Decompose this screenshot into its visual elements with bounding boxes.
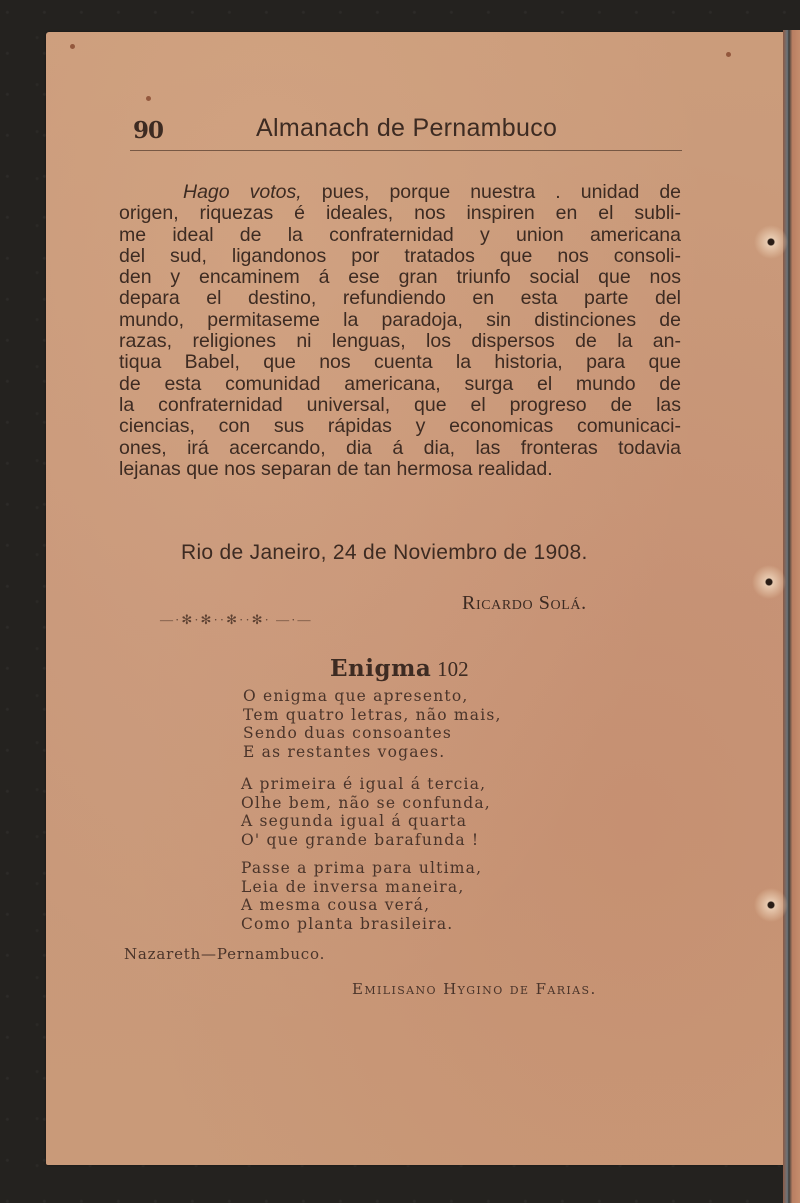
article-line: den y encaminem á ese gran triunfo socia… [119, 267, 681, 288]
author-signature: Ricardo Solá. [462, 592, 587, 615]
binding-hole [752, 565, 786, 599]
enigma-number: 102 [437, 657, 469, 681]
verse-line: O' que grande barafunda ! [241, 831, 491, 850]
article-line: tiqua Babel, que nos cuenta la historia,… [119, 352, 681, 373]
article-line: del sud, ligandonos por tratados que nos… [119, 246, 681, 267]
article-line: Hago votos, pues, porque nuestra . unida… [119, 182, 681, 203]
article-line: ones, irá acercando, dia á dia, las fron… [119, 438, 681, 459]
enigma-title-word: Enigma [330, 655, 431, 682]
article-body: Hago votos, pues, porque nuestra . unida… [119, 182, 681, 480]
verse-line: Tem quatro letras, não mais, [243, 706, 502, 725]
verse-line: A segunda igual á quarta [241, 812, 491, 831]
dateline: Rio de Janeiro, 24 de Noviembro de 1908. [181, 541, 588, 565]
stain-spot [70, 44, 75, 49]
article-line: me ideal de la confraternidad y union am… [119, 225, 681, 246]
verse-line: A mesma cousa verá, [241, 896, 482, 915]
verse-line: Olhe bem, não se confunda, [241, 794, 491, 813]
verse-line: E as restantes vogaes. [243, 743, 502, 762]
verse-stanza: Passe a prima para ultima, Leia de inver… [241, 859, 482, 933]
article-line: depara el destino, refundiendo en esta p… [119, 288, 681, 309]
place-line: Nazareth—Pernambuco. [124, 945, 325, 963]
article-line: origen, riquezas é ideales, nos inspiren… [119, 203, 681, 224]
stain-spot [726, 52, 731, 57]
article-line: lejanas que nos separan de tan hermosa r… [119, 459, 681, 480]
binding-hole [754, 225, 788, 259]
article-italic-lead: Hago votos, [183, 181, 302, 203]
book-spine-edge [783, 30, 800, 1203]
verse-line: Passe a prima para ultima, [241, 859, 482, 878]
verse-stanza: O enigma que apresento, Tem quatro letra… [243, 687, 502, 761]
article-line: mundo, permitaseme la paradoja, sin dist… [119, 310, 681, 331]
stain-spot [146, 96, 151, 101]
ornamental-divider: —·✻·✻··✻··✻· —·— [160, 612, 312, 628]
page-number: 90 [133, 117, 163, 144]
enigma-author-signature: Emilisano Hygino de Farias. [352, 980, 597, 998]
article-line: ciencias, con sus rápidas y economicas c… [119, 416, 681, 437]
article-line: de esta comunidad americana, surga el mu… [119, 374, 681, 395]
verse-line: Leia de inversa maneira, [241, 878, 482, 897]
verse-line: Sendo duas consoantes [243, 724, 502, 743]
verse-line: Como planta brasileira. [241, 915, 482, 934]
header-rule [130, 150, 682, 151]
verse-stanza: A primeira é igual á tercia, Olhe bem, n… [241, 775, 491, 849]
article-line: razas, religiones ni lenguas, los disper… [119, 331, 681, 352]
article-line: la confraternidad universal, que el prog… [119, 395, 681, 416]
running-title: Almanach de Pernambuco [256, 114, 557, 143]
verse-line: O enigma que apresento, [243, 687, 502, 706]
enigma-heading: Enigma 102 [330, 655, 469, 682]
binding-hole [754, 888, 788, 922]
verse-line: A primeira é igual á tercia, [241, 775, 491, 794]
